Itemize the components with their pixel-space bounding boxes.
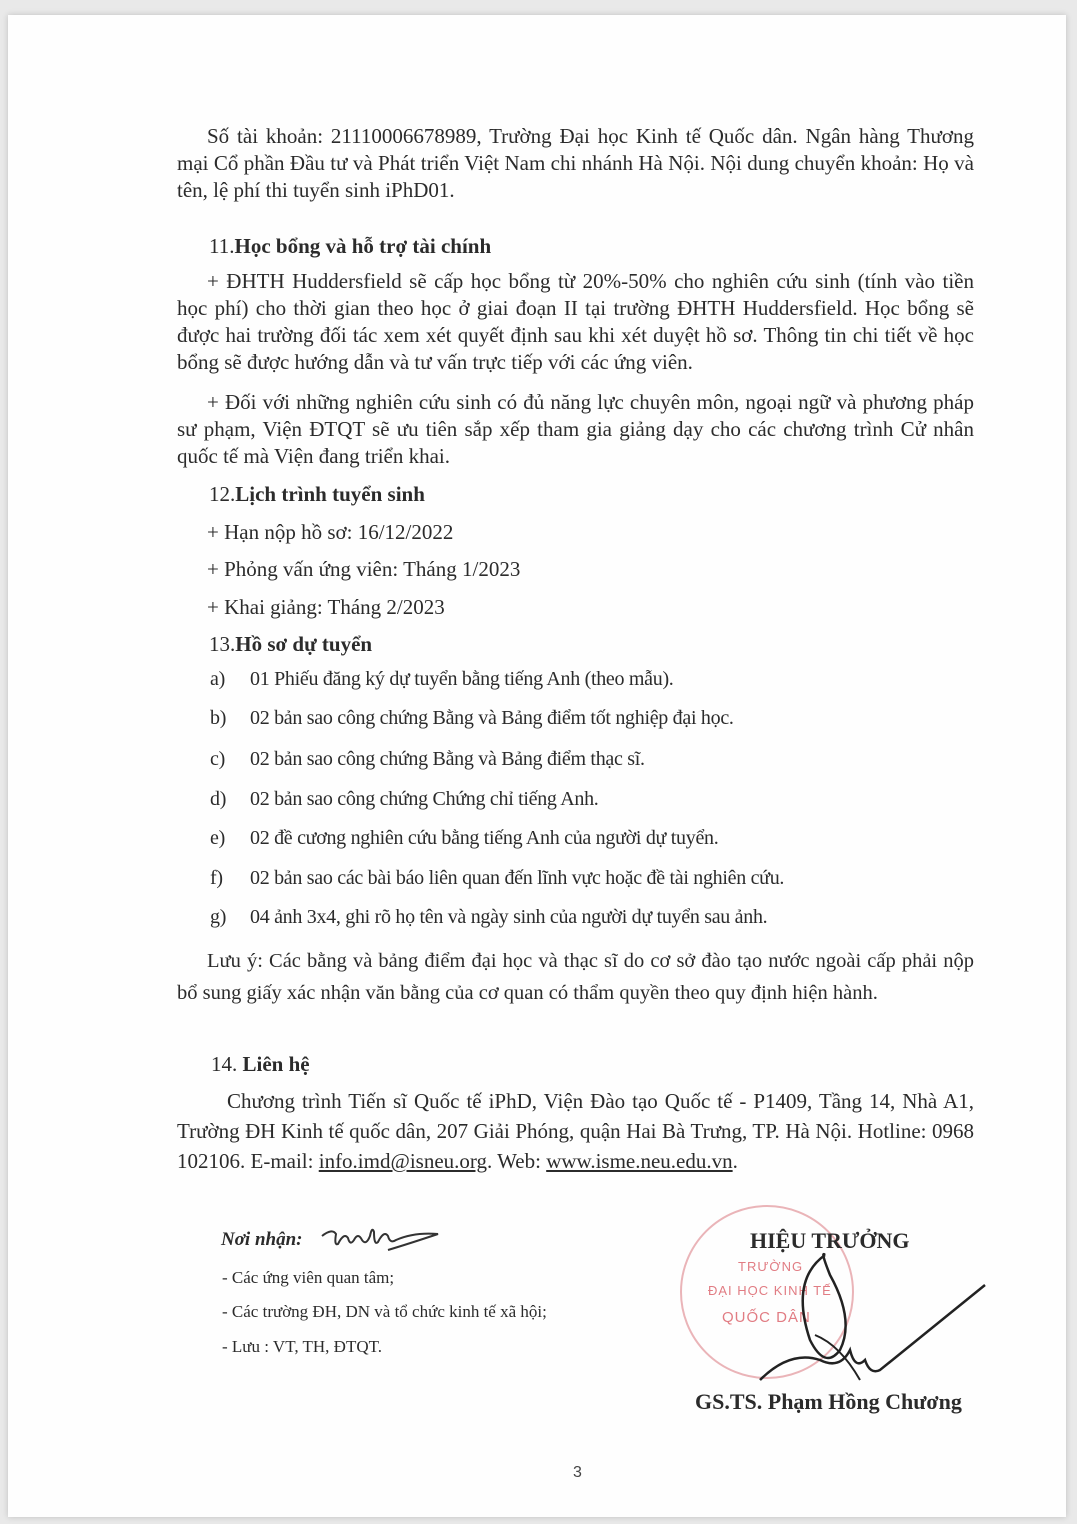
item-text: 02 bản sao công chứng Bằng và Bảng điểm … — [250, 707, 734, 729]
section-number: 14. — [211, 1052, 237, 1076]
section-title: Hồ sơ dự tuyển — [235, 632, 372, 656]
item-text: 02 bản sao các bài báo liên quan đến lĩn… — [250, 867, 784, 889]
document-item: d)02 bản sao công chứng Chứng chỉ tiếng … — [210, 788, 598, 811]
signature-icon — [730, 1230, 990, 1390]
item-label: g) — [210, 906, 250, 929]
paragraph-text: + ĐHTH Huddersfield sẽ cấp học bổng từ 2… — [177, 269, 974, 374]
item-text: 04 ảnh 3x4, ghi rõ họ tên và ngày sinh c… — [250, 906, 767, 928]
period: . — [733, 1149, 738, 1173]
item-label: a) — [210, 668, 250, 691]
signatory-name: GS.TS. Phạm Hồng Chương — [695, 1389, 962, 1415]
bank-account-paragraph: Số tài khoản: 21110006678989, Trường Đại… — [177, 123, 974, 204]
recipient-item: - Các ứng viên quan tâm; — [222, 1268, 394, 1288]
bank-account-text: Số tài khoản: 21110006678989, Trường Đại… — [177, 124, 974, 202]
item-text: 02 đề cương nghiên cứu bằng tiếng Anh củ… — [250, 827, 718, 849]
section-number: 11. — [209, 234, 234, 258]
note-text: Lưu ý: Các bằng và bảng điểm đại học và … — [177, 950, 974, 1004]
document-item: a)01 Phiếu đăng ký dự tuyển bằng tiếng A… — [210, 668, 674, 691]
section-12-heading: 12.Lịch trình tuyển sinh — [209, 482, 425, 507]
website-link[interactable]: www.isme.neu.edu.vn — [546, 1149, 732, 1173]
item-text: 01 Phiếu đăng ký dự tuyển bằng tiếng Anh… — [250, 668, 674, 690]
schedule-opening: + Khai giảng: Tháng 2/2023 — [207, 595, 445, 620]
item-label: d) — [210, 788, 250, 811]
recipients-label: Nơi nhận: — [221, 1229, 302, 1251]
web-label: . Web: — [487, 1149, 546, 1173]
document-item: f)02 bản sao các bài báo liên quan đến l… — [210, 867, 784, 890]
section-14-heading: 14. Liên hệ — [211, 1052, 310, 1077]
scholarship-paragraph-2: + Đối với những nghiên cứu sinh có đủ nă… — [177, 389, 974, 470]
note-paragraph: Lưu ý: Các bằng và bảng điểm đại học và … — [177, 945, 974, 1009]
email-link[interactable]: info.imd@isneu.org — [319, 1149, 487, 1173]
schedule-deadline: + Hạn nộp hồ sơ: 16/12/2022 — [207, 520, 453, 545]
contact-paragraph: Chương trình Tiến sĩ Quốc tế iPhD, Viện … — [177, 1086, 974, 1176]
item-text: 02 bản sao công chứng Bằng và Bảng điểm … — [250, 748, 645, 770]
section-title: Liên hệ — [243, 1052, 310, 1076]
document-item: c)02 bản sao công chứng Bằng và Bảng điể… — [210, 748, 645, 771]
document-item: e)02 đề cương nghiên cứu bằng tiếng Anh … — [210, 827, 718, 850]
section-title: Học bổng và hỗ trợ tài chính — [234, 234, 491, 258]
item-text: 02 bản sao công chứng Chứng chỉ tiếng An… — [250, 788, 598, 810]
page-number: 3 — [573, 1464, 582, 1482]
section-11-heading: 11.Học bổng và hỗ trợ tài chính — [209, 234, 491, 259]
item-label: b) — [210, 707, 250, 730]
document-item: b)02 bản sao công chứng Bằng và Bảng điể… — [210, 707, 734, 730]
scholarship-paragraph-1: + ĐHTH Huddersfield sẽ cấp học bổng từ 2… — [177, 268, 974, 376]
schedule-interview: + Phỏng vấn ứng viên: Tháng 1/2023 — [207, 557, 520, 582]
section-number: 12. — [209, 482, 235, 506]
contact-address: Chương trình Tiến sĩ Quốc tế iPhD, Viện … — [177, 1089, 974, 1143]
recipient-item: - Các trường ĐH, DN và tổ chức kinh tế x… — [222, 1302, 547, 1322]
section-13-heading: 13.Hồ sơ dự tuyển — [209, 632, 372, 657]
item-label: c) — [210, 748, 250, 771]
paragraph-text: + Đối với những nghiên cứu sinh có đủ nă… — [177, 390, 974, 468]
item-label: e) — [210, 827, 250, 850]
initial-signature-icon — [318, 1222, 448, 1258]
section-title: Lịch trình tuyển sinh — [235, 482, 425, 506]
document-item: g)04 ảnh 3x4, ghi rõ họ tên và ngày sinh… — [210, 906, 767, 929]
section-number: 13. — [209, 632, 235, 656]
item-label: f) — [210, 867, 250, 890]
recipient-item: - Lưu : VT, TH, ĐTQT. — [222, 1337, 382, 1357]
